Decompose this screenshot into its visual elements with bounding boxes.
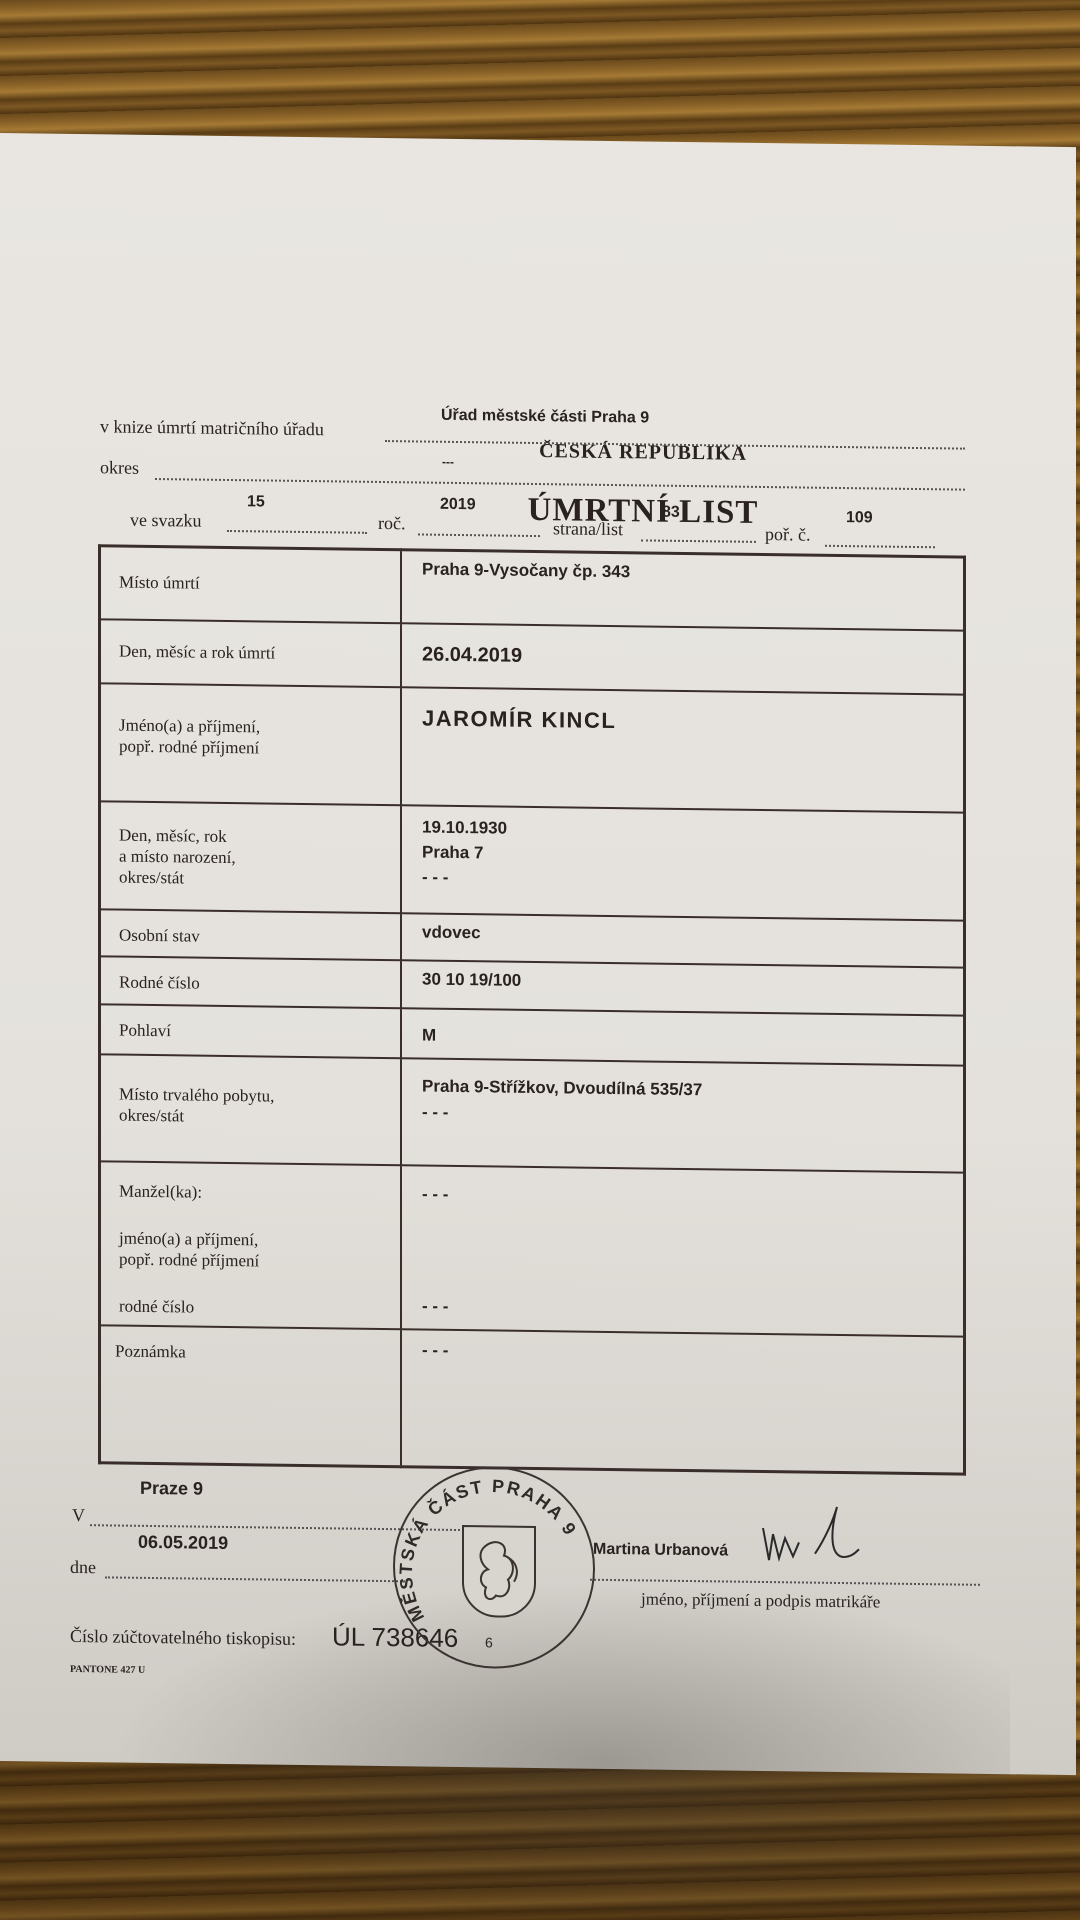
order-label: poř. č. bbox=[765, 524, 810, 546]
dotted-line bbox=[418, 533, 540, 537]
place-label: V bbox=[72, 1505, 85, 1526]
page-value: 83 bbox=[662, 504, 680, 522]
row-label: Osobní stav bbox=[101, 910, 400, 949]
table-row: Poznámka - - - bbox=[100, 1325, 965, 1474]
row-label: Pohlaví bbox=[101, 1005, 400, 1044]
year-label: roč. bbox=[378, 513, 405, 534]
page-label: strana/list bbox=[553, 518, 623, 540]
order-value: 109 bbox=[846, 509, 873, 527]
signature bbox=[755, 1498, 865, 1569]
row-value: Praha 9-Střížkov, Dvoudílná 535/37 - - - bbox=[402, 1059, 963, 1132]
row-value: - - - bbox=[402, 1330, 963, 1369]
coat-of-arms-icon bbox=[462, 1525, 536, 1618]
row-label: Den, měsíc, rok a místo narození, okres/… bbox=[101, 802, 400, 891]
registrar-caption: jméno, příjmení a podpis matrikáře bbox=[641, 1589, 880, 1612]
table-row: Jméno(a) a příjmení, popř. rodné příjmen… bbox=[100, 683, 965, 812]
country-heading: ČESKÁ REPUBLIKA bbox=[0, 433, 1076, 470]
row-label: Místo úmrtí bbox=[101, 547, 400, 596]
row-value: 30 10 19/100 bbox=[402, 961, 963, 998]
row-label: Poznámka bbox=[101, 1326, 400, 1365]
row-value: JAROMÍR KINCL bbox=[402, 688, 963, 737]
registry-table: Místo úmrtí Praha 9-Vysočany čp. 343 Den… bbox=[98, 544, 966, 1475]
table-row: Místo trvalého pobytu, okres/stát Praha … bbox=[100, 1054, 965, 1172]
pantone-mark: PANTONE 427 U bbox=[70, 1664, 145, 1676]
date-label: dne bbox=[70, 1557, 96, 1578]
row-value: 19.10.1930 Praha 7 - - - bbox=[402, 806, 963, 896]
row-value: vdovec bbox=[402, 914, 963, 951]
dotted-line bbox=[227, 530, 367, 534]
table-row: Manžel(ka): jméno(a) a příjmení, popř. r… bbox=[100, 1161, 965, 1336]
row-label: Den, měsíc a rok úmrtí bbox=[101, 620, 400, 665]
dotted-line bbox=[641, 539, 756, 543]
row-label: Jméno(a) a příjmení, popř. rodné příjmen… bbox=[101, 684, 400, 760]
book-label: v knize úmrtí matričního úřadu bbox=[100, 416, 324, 440]
row-sublabel-name: jméno(a) a příjmení, popř. rodné příjmen… bbox=[101, 1201, 400, 1273]
volume-label: ve svazku bbox=[130, 510, 201, 532]
place-value: Praze 9 bbox=[140, 1478, 203, 1500]
form-number-label: Číslo zúčtovatelného tiskopisu: bbox=[70, 1626, 296, 1650]
table-row: Den, měsíc a rok úmrtí 26.04.2019 bbox=[100, 619, 965, 694]
year-value: 2019 bbox=[440, 496, 476, 514]
official-stamp: MĚSTSKÁ ČÁST PRAHA 9 bbox=[393, 1465, 595, 1670]
office-value: Úřad městské části Praha 9 bbox=[441, 407, 649, 428]
table-row: Den, měsíc, rok a místo narození, okres/… bbox=[100, 801, 965, 920]
district-label: okres bbox=[100, 457, 139, 479]
row-sublabel-id: rodné číslo bbox=[101, 1269, 400, 1320]
dotted-line bbox=[825, 545, 935, 548]
row-value: Praha 9-Vysočany čp. 343 bbox=[402, 551, 963, 588]
row-label: Rodné číslo bbox=[101, 957, 400, 996]
volume-value: 15 bbox=[247, 493, 265, 511]
row-value: 26.04.2019 bbox=[402, 624, 963, 673]
death-certificate-paper: ČESKÁ REPUBLIKA ÚMRTNÍ LIST Úřad městské… bbox=[0, 133, 1076, 1775]
table-row: Místo úmrtí Praha 9-Vysočany čp. 343 bbox=[100, 546, 965, 630]
date-value: 06.05.2019 bbox=[138, 1532, 228, 1554]
district-value: --- bbox=[442, 455, 454, 469]
row-label: Manžel(ka): bbox=[101, 1162, 400, 1205]
row-value: M bbox=[402, 1009, 963, 1054]
row-value-id: - - - bbox=[402, 1206, 963, 1325]
row-label: Místo trvalého pobytu, okres/stát bbox=[101, 1055, 400, 1129]
registrar-name: Martina Urbanová bbox=[593, 1541, 728, 1561]
